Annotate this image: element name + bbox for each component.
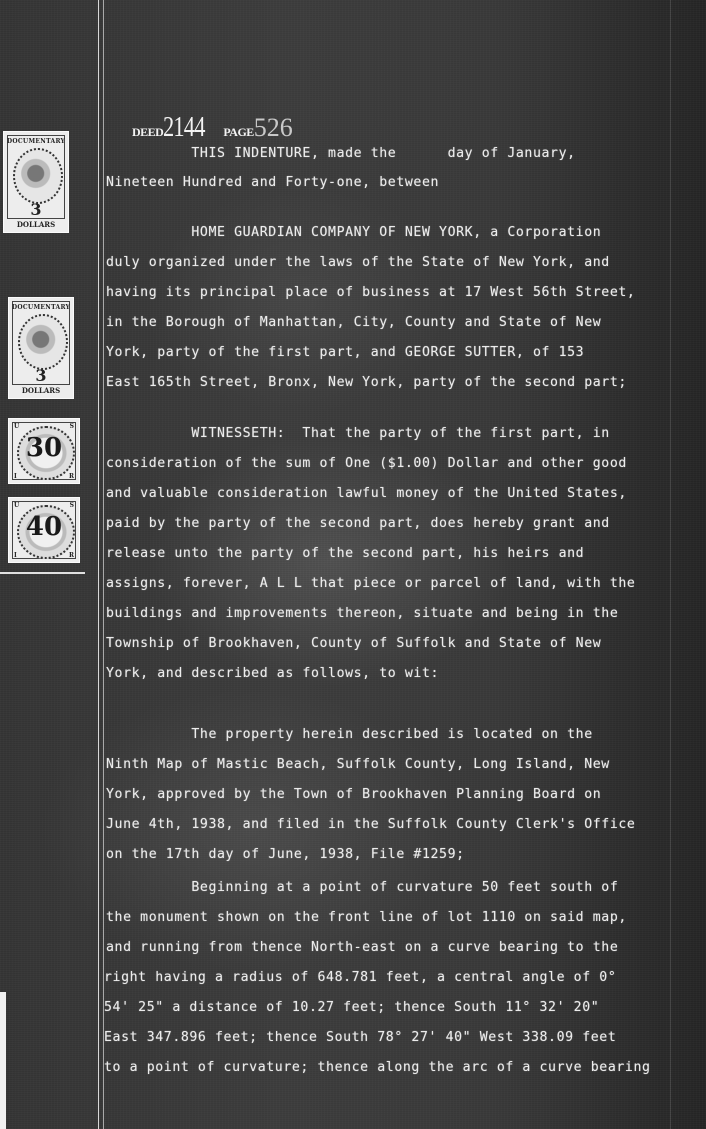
stamp-corner: R xyxy=(69,552,74,559)
deed-text-line: paid by the party of the second part, do… xyxy=(106,516,610,531)
stamp-corner: I xyxy=(14,473,17,480)
page-number: 526 xyxy=(254,113,293,142)
stamp-value: 30 xyxy=(9,433,79,463)
deed-text-line: and running from thence North-east on a … xyxy=(106,940,618,955)
deed-text-line: 54' 25" a distance of 10.27 feet; thence… xyxy=(104,1000,599,1015)
deed-text-line: East 347.896 feet; thence South 78° 27' … xyxy=(104,1030,616,1045)
stamp-corner: S xyxy=(70,502,74,509)
stamp-title: DOCUMENTARY xyxy=(4,138,68,145)
deed-reference: DEED2144PAGE526 xyxy=(132,112,293,144)
deed-number: 2144 xyxy=(163,112,205,144)
deed-text-line: Nineteen Hundred and Forty-one, between xyxy=(106,175,439,190)
deed-text-line: release unto the party of the second par… xyxy=(106,546,584,561)
stamp-corner: U xyxy=(14,423,19,430)
deed-text-line: buildings and improvements thereon, situ… xyxy=(106,606,618,621)
stamp-title: DOCUMENTARY xyxy=(9,304,73,311)
margin-rule-left xyxy=(98,0,99,1129)
deed-text-line: June 4th, 1938, and filed in the Suffolk… xyxy=(106,817,635,832)
deed-text-line: East 165th Street, Bronx, New York, part… xyxy=(106,375,627,390)
deed-text-line: duly organized under the laws of the Sta… xyxy=(106,255,610,270)
scan-noise xyxy=(0,0,706,1129)
deed-text-line: WITNESSETH: That the party of the first … xyxy=(106,426,610,441)
revenue-stamp-documentary-2: DOCUMENTARY 3 DOLLARS xyxy=(8,297,74,399)
stamp-corner: S xyxy=(70,423,74,430)
stamp-value: 3 xyxy=(4,200,68,219)
stamp-unit: DOLLARS xyxy=(7,218,65,229)
stamp-value: 3 xyxy=(9,366,73,385)
deed-text-line: THIS INDENTURE, made the day of January, xyxy=(106,146,576,161)
margin-rule-left-inner xyxy=(103,0,104,1129)
deed-text-line: Township of Brookhaven, County of Suffol… xyxy=(106,636,601,651)
scan-edge-strip xyxy=(0,992,6,1129)
deed-text-line: York, party of the first part, and GEORG… xyxy=(106,345,584,360)
deed-text-line: The property herein described is located… xyxy=(106,727,593,742)
deed-text-line: to a point of curvature; thence along th… xyxy=(104,1060,651,1075)
stamp-corner: U xyxy=(14,502,19,509)
deed-text-line: HOME GUARDIAN COMPANY OF NEW YORK, a Cor… xyxy=(106,225,601,240)
stamp-portrait-icon xyxy=(13,148,63,204)
deed-text-line: the monument shown on the front line of … xyxy=(106,910,627,925)
revenue-stamp-documentary-1: DOCUMENTARY 3 DOLLARS xyxy=(3,131,69,233)
stamp-unit: DOLLARS xyxy=(12,384,70,395)
deed-text-line: having its principal place of business a… xyxy=(106,285,635,300)
revenue-stamp-30-cents: 30 U S I R xyxy=(8,418,80,484)
stamp-corner: R xyxy=(69,473,74,480)
deed-text-line: and valuable consideration lawful money … xyxy=(106,486,627,501)
deed-text-line: in the Borough of Manhattan, City, Count… xyxy=(106,315,601,330)
deed-text-line: York, approved by the Town of Brookhaven… xyxy=(106,787,601,802)
stamp-value: 40 xyxy=(9,512,79,542)
deed-text-line: right having a radius of 648.781 feet, a… xyxy=(104,970,616,985)
deed-text-line: Ninth Map of Mastic Beach, Suffolk Count… xyxy=(106,757,610,772)
deed-text-line: assigns, forever, A L L that piece or pa… xyxy=(106,576,635,591)
deed-text-line: Beginning at a point of curvature 50 fee… xyxy=(106,880,618,895)
page-label: PAGE xyxy=(223,125,253,139)
margin-rule-right xyxy=(670,0,671,1129)
deed-text-line: consideration of the sum of One ($1.00) … xyxy=(106,456,627,471)
deed-text-line: on the 17th day of June, 1938, File #125… xyxy=(106,847,465,862)
deed-text-line: York, and described as follows, to wit: xyxy=(106,666,439,681)
deed-label: DEED xyxy=(132,125,163,139)
stamp-underline xyxy=(0,572,85,574)
revenue-stamp-40-cents: 40 U S I R xyxy=(8,497,80,563)
stamp-corner: I xyxy=(14,552,17,559)
stamp-portrait-icon xyxy=(18,314,68,370)
